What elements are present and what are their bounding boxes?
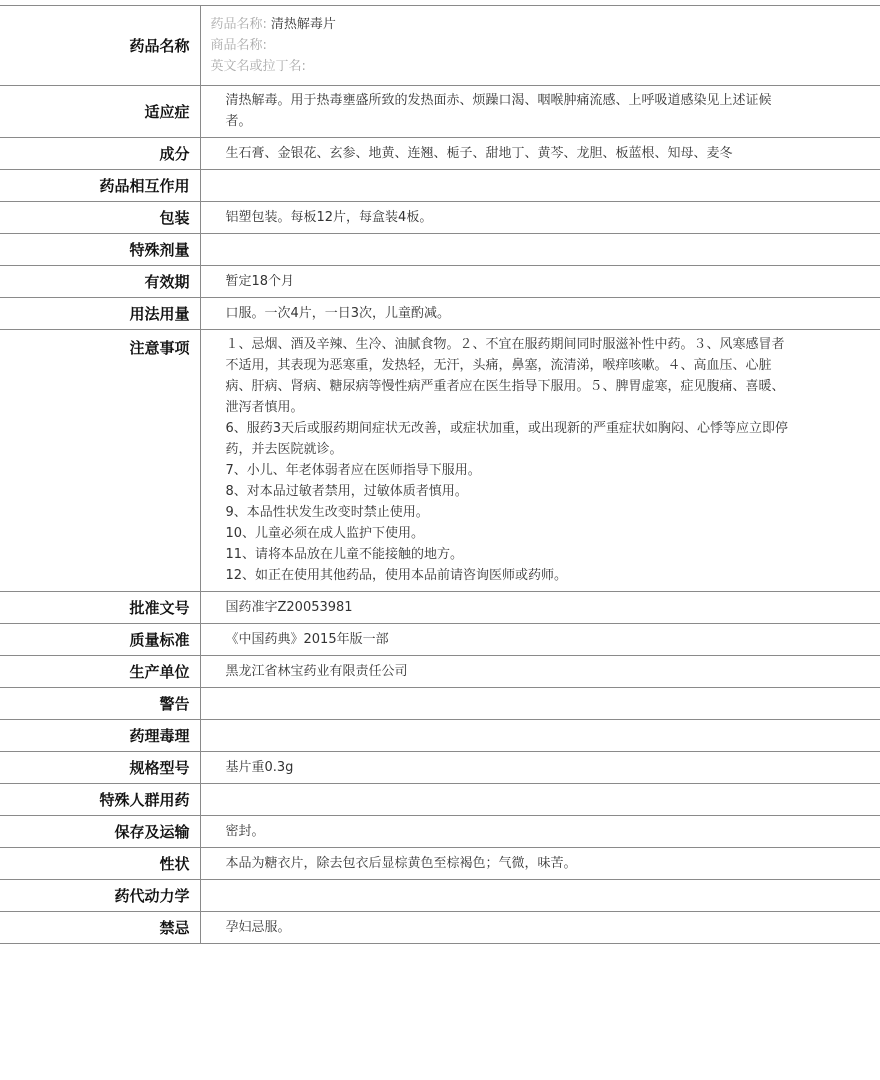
label-ingredients: 成分: [0, 138, 200, 170]
value-shelf-life: 暂定18个月: [200, 266, 880, 298]
row-warnings: 警告: [0, 688, 880, 720]
value-ingredients: 生石膏、金银花、玄参、地黄、连翘、栀子、甜地丁、黄芩、龙胆、板蓝根、知母、麦冬: [200, 138, 880, 170]
value-description: 本品为糖衣片，除去包衣后显棕黄色至棕褐色；气微，味苦。: [200, 848, 880, 880]
trade-name-key: 商品名称:: [211, 38, 267, 53]
value-cautions: １、忌烟、酒及辛辣、生冷、油腻食物。２、不宜在服药期间同时服滋补性中药。３、风寒…: [200, 330, 880, 592]
label-indications: 适应症: [0, 86, 200, 138]
value-warnings: [200, 688, 880, 720]
generic-name-value: 清热解毒片: [271, 17, 336, 32]
value-quality-standard: 《中国药典》2015年版一部: [200, 624, 880, 656]
drug-spec-table: 药品名称 药品名称:清热解毒片 商品名称: 英文名或拉丁名: 适应症 清热解毒。…: [0, 5, 880, 944]
row-interactions: 药品相互作用: [0, 170, 880, 202]
row-special-dosage: 特殊剂量: [0, 234, 880, 266]
caution-item: 11、请将本品放在儿童不能接触的地方。: [226, 544, 791, 565]
value-pharmacology-toxicology: [200, 720, 880, 752]
value-special-dosage: [200, 234, 880, 266]
label-quality-standard: 质量标准: [0, 624, 200, 656]
label-approval-number: 批准文号: [0, 592, 200, 624]
label-pharmacology-toxicology: 药理毒理: [0, 720, 200, 752]
label-description: 性状: [0, 848, 200, 880]
value-usage: 口服。一次4片，一日3次，儿童酌减。: [200, 298, 880, 330]
row-special-populations: 特殊人群用药: [0, 784, 880, 816]
row-quality-standard: 质量标准 《中国药典》2015年版一部: [0, 624, 880, 656]
caution-item: 12、如正在使用其他药品，使用本品前请咨询医师或药师。: [226, 565, 791, 586]
row-ingredients: 成分 生石膏、金银花、玄参、地黄、连翘、栀子、甜地丁、黄芩、龙胆、板蓝根、知母、…: [0, 138, 880, 170]
row-drug-name: 药品名称 药品名称:清热解毒片 商品名称: 英文名或拉丁名:: [0, 6, 880, 86]
value-pharmacokinetics: [200, 880, 880, 912]
caution-item: 9、本品性状发生改变时禁止使用。: [226, 502, 791, 523]
row-description: 性状 本品为糖衣片，除去包衣后显棕黄色至棕褐色；气微，味苦。: [0, 848, 880, 880]
value-indications: 清热解毒。用于热毒壅盛所致的发热面赤、烦躁口渴、咽喉肿痛流感、上呼吸道感染见上述…: [200, 86, 880, 138]
value-interactions: [200, 170, 880, 202]
label-drug-name: 药品名称: [0, 6, 200, 86]
label-usage: 用法用量: [0, 298, 200, 330]
row-pharmacokinetics: 药代动力学: [0, 880, 880, 912]
label-special-populations: 特殊人群用药: [0, 784, 200, 816]
label-cautions: 注意事项: [0, 330, 200, 592]
row-usage: 用法用量 口服。一次4片，一日3次，儿童酌减。: [0, 298, 880, 330]
row-specification: 规格型号 基片重0.3g: [0, 752, 880, 784]
english-name-line: 英文名或拉丁名:: [211, 56, 791, 77]
value-drug-name: 药品名称:清热解毒片 商品名称: 英文名或拉丁名:: [200, 6, 880, 86]
row-pharmacology-toxicology: 药理毒理: [0, 720, 880, 752]
caution-item: 6、服药3天后或服药期间症状无改善，或症状加重，或出现新的严重症状如胸闷、心悸等…: [226, 418, 791, 460]
label-storage: 保存及运输: [0, 816, 200, 848]
caution-item: 7、小儿、年老体弱者应在医师指导下服用。: [226, 460, 791, 481]
caution-item: 10、儿童必须在成人监护下使用。: [226, 523, 791, 544]
value-packaging: 铝塑包装。每板12片，每盒装4板。: [200, 202, 880, 234]
trade-name-line: 商品名称:: [211, 35, 791, 56]
value-contraindications: 孕妇忌服。: [200, 912, 880, 944]
row-storage: 保存及运输 密封。: [0, 816, 880, 848]
label-specification: 规格型号: [0, 752, 200, 784]
label-warnings: 警告: [0, 688, 200, 720]
label-pharmacokinetics: 药代动力学: [0, 880, 200, 912]
label-contraindications: 禁忌: [0, 912, 200, 944]
row-shelf-life: 有效期 暂定18个月: [0, 266, 880, 298]
caution-item: 8、对本品过敏者禁用，过敏体质者慎用。: [226, 481, 791, 502]
row-packaging: 包装 铝塑包装。每板12片，每盒装4板。: [0, 202, 880, 234]
label-interactions: 药品相互作用: [0, 170, 200, 202]
english-name-key: 英文名或拉丁名:: [211, 59, 306, 74]
label-special-dosage: 特殊剂量: [0, 234, 200, 266]
label-shelf-life: 有效期: [0, 266, 200, 298]
value-approval-number: 国药准字Z20053981: [200, 592, 880, 624]
value-manufacturer: 黑龙江省林宝药业有限责任公司: [200, 656, 880, 688]
value-storage: 密封。: [200, 816, 880, 848]
label-packaging: 包装: [0, 202, 200, 234]
label-manufacturer: 生产单位: [0, 656, 200, 688]
caution-item: １、忌烟、酒及辛辣、生冷、油腻食物。２、不宜在服药期间同时服滋补性中药。３、风寒…: [226, 334, 791, 418]
row-manufacturer: 生产单位 黑龙江省林宝药业有限责任公司: [0, 656, 880, 688]
row-cautions: 注意事项 １、忌烟、酒及辛辣、生冷、油腻食物。２、不宜在服药期间同时服滋补性中药…: [0, 330, 880, 592]
value-special-populations: [200, 784, 880, 816]
value-specification: 基片重0.3g: [200, 752, 880, 784]
row-contraindications: 禁忌 孕妇忌服。: [0, 912, 880, 944]
row-indications: 适应症 清热解毒。用于热毒壅盛所致的发热面赤、烦躁口渴、咽喉肿痛流感、上呼吸道感…: [0, 86, 880, 138]
generic-name-line: 药品名称:清热解毒片: [211, 14, 791, 35]
generic-name-key: 药品名称:: [211, 17, 267, 32]
row-approval-number: 批准文号 国药准字Z20053981: [0, 592, 880, 624]
